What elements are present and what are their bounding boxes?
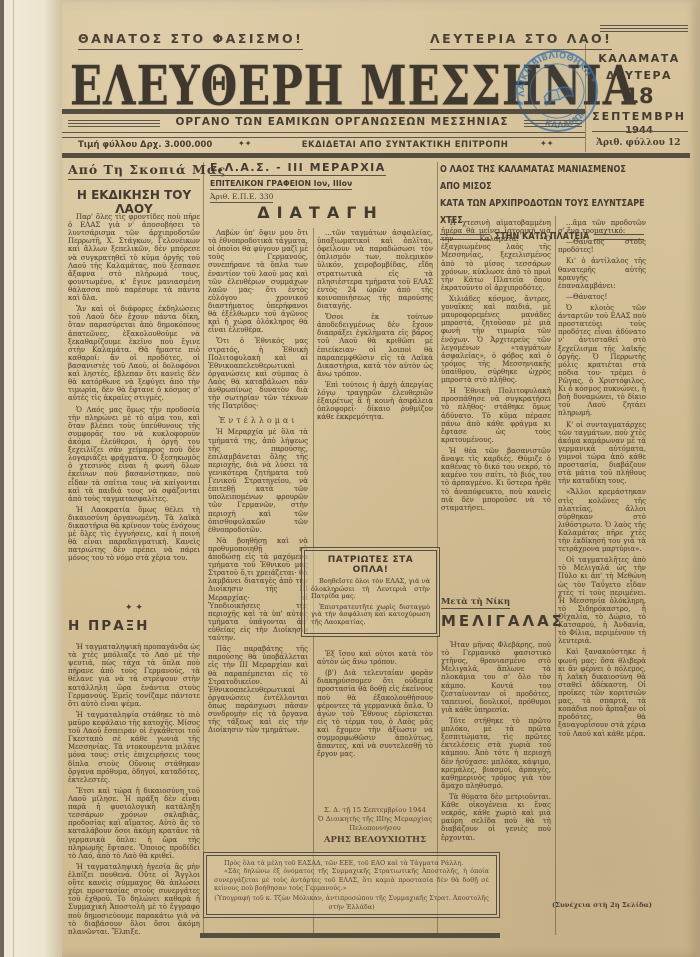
elas-office-text: ΕΠΙΤΕΛΙΚΟΝ ΓΡΑΦΕΙΟΝ Ιον, ΙΙΙον — [210, 179, 352, 190]
allied-mission-body: «Σᾶς δηλώνω ἐξ ὀνόματος τῆς Συμμαχικῆς Σ… — [214, 867, 489, 892]
dateline: ΚΑΛΑΜΑΤΑ ΔΕΥΤΕΡΑ 18 ΣΕΠΤΕΜΒΡΗ 1944 — [590, 52, 688, 136]
elas-office-line: ΕΠΙΤΕΛΙΚΟΝ ΓΡΑΦΕΙΟΝ Ιον, ΙΙΙον — [210, 179, 352, 190]
headline-melligalas: ΜΕΛΙΓΑΛΑΣ — [441, 612, 551, 630]
subtitle-deco-right — [524, 120, 582, 121]
dateline-day: ΔΕΥΤΕΡΑ — [590, 69, 688, 82]
ornament-right: ✦✦ — [540, 139, 553, 148]
subtitle-rule — [62, 132, 585, 138]
dateline-city: ΚΑΛΑΜΑΤΑ — [590, 52, 688, 65]
laos-headline-1: Ο ΛΑΟΣ ΤΗΣ ΚΑΛΑΜΑΤΑΣ ΜΑΝΙΑΣΜΕΝΟΣ ΑΠΟ ΜΙΣ… — [440, 161, 648, 195]
headline-praxi: Η ΠΡΑΞΗ — [68, 618, 200, 634]
subhead-meta-ti-niki: Μετὰ τὴ Νίκη — [441, 597, 510, 609]
continuation-note: (Συνέχεια στὴ 2η Σελίδα) — [552, 901, 652, 909]
issue-rule — [592, 131, 688, 132]
diatagi-body-b2: Ἐξ ἴσου καὶ οὗτοι κατὰ τὸν αὐτὸν ὡς ἄνω … — [317, 650, 433, 802]
patriotes-box-title: ΠΑΤΡΙΩΤΕΣ ΣΤΑ ΟΠΛΑ! — [311, 555, 430, 575]
dateline-divider — [585, 44, 586, 152]
dateline-month: ΣΕΠΤΕΜΒΡΗ — [590, 110, 688, 123]
footer-rule — [200, 935, 500, 938]
diatagi-body-b1: ...τῶν ταγμάτων ἀσφαλείας, ὑπαξιωματικοὶ… — [317, 229, 433, 543]
patriotes-box: ΠΑΤΡΙΩΤΕΣ ΣΤΑ ΟΠΛΑ! Βοηθεῖστε ὅλοι τὸν Ε… — [301, 547, 440, 637]
editorial-label: ΕΚΔΙΔΕΤΑΙ ΑΠΟ ΣΥΝΤΑΚΤΙΚΗ ΕΠΙΤΡΟΠΗ — [290, 140, 520, 150]
headline-ekdikisi: Η ΕΚΔΙΚΗΣΗ ΤΟΥ ΛΑΟΥ — [68, 188, 200, 216]
column-rule-4 — [555, 216, 556, 935]
article-praxi-body: Ἡ ταγματαληψικὴ προπαγάνδα ὡς τὰ χτὲς μπ… — [68, 643, 200, 935]
header-bottom-rule — [62, 155, 690, 158]
laos-body-a1: Ἡ χτεσινὴ αἱματοβαμμένη ἡμέρα θὰ μείνει … — [441, 219, 551, 595]
laos-body-b: ...ἅμα τῶν προδοτῶν σ' ἕνα τρομαχτικό:—Θ… — [558, 219, 646, 897]
patriotes-box-body: Βοηθεῖστε ὅλοι τὸν ΕΛΑΣ, γιὰ νὰ ὁλοκληρώ… — [311, 578, 430, 629]
corner-rules — [600, 25, 688, 26]
signature-region: Πελοποννήσου — [317, 824, 433, 833]
diatagi-body-a2: Ἡ Μεραρχία μὲ ὅλα τὰ τμήματά της, ἀπὸ λή… — [208, 428, 308, 737]
ornament-left: ✦✦ — [238, 139, 251, 148]
signature-block: Σ. Δ. τῇ 15 Σεπτεμβρίου 1944 Ὁ Διοικητὴς… — [317, 806, 433, 846]
kicker-skopia: Από Τη Σκοπιά Μας — [68, 162, 200, 180]
paper-crease — [13, 0, 14, 957]
elas-unit-text: Ε.Λ.Α.Σ. - ΙΙΙ ΜΕΡΑΡΧΙΑ — [210, 161, 386, 176]
slogan-left: ΘΑΝΑΤΟΣ ΣΤΟ ΦΑΣΙΣΜΟ! — [78, 31, 303, 50]
masthead-rule — [62, 111, 585, 114]
article-divider-ornament: ✦ ✦ — [68, 603, 200, 613]
signature-name: ΑΡΗΣ ΒΕΛΟΥΧΙΩΤΗΣ — [317, 835, 433, 846]
allied-mission-signature: (Ὑπογραφὴ τοῦ κ. Τζὼν Μόλικαν, ἀντιπροσώ… — [214, 894, 489, 911]
allied-mission-box: Πρὸς ὅλα τὰ μέλη τοῦ ΕΑΣΑΔ, τῶν ΕΕΕ, τοῦ… — [203, 852, 500, 918]
elas-unit-line: Ε.Λ.Α.Σ. - ΙΙΙ ΜΕΡΑΡΧΙΑ — [210, 161, 386, 176]
diatagi-column-a: Λαβὼν ὑπ' ὄψιν μου ὅτι τὰ ἐθνοπροδοτικὰ … — [208, 229, 308, 935]
subtitle: ΟΡΓΑΝΟ ΤΩΝ ΕΑΜΙΚΩΝ ΟΡΓΑΝΩΣΕΩΝ ΜΕΣΣΗΝΙΑΣ — [162, 116, 522, 128]
subtitle-deco-left — [68, 120, 160, 121]
entellomai-line: Ἐντέλλομαι — [208, 416, 308, 425]
elas-ref-line: Ἀριθ. Ε.Π.Ε. 330 — [210, 192, 273, 203]
diatagi-body-a1: Λαβὼν ὑπ' ὄψιν μου ὅτι τὰ ἐθνοπροδοτικὰ … — [208, 229, 308, 413]
elas-ref-text: Ἀριθ. Ε.Π.Ε. 330 — [210, 192, 273, 203]
headline-diatagi: ΔΙΑΤΑΓΗ — [208, 203, 433, 222]
price-label: Τιμή φύλλου Δρχ. 3.000.000 — [78, 140, 212, 150]
dateline-date: 18 — [590, 84, 688, 108]
column-rule-1 — [203, 162, 204, 935]
signature-place-date: Σ. Δ. τῇ 15 Σεπτεμβρίου 1944 — [317, 806, 433, 815]
signature-role: Ὁ Διοικητὴς τῆς ΙΙΙης Μεραρχίας — [317, 815, 433, 824]
newspaper-scan: { "masthead": { "slogan_left": "ΘΑΝΑΤΟΣ … — [0, 0, 700, 957]
issue-number: Ἀριθ. φύλλου 12 — [596, 138, 681, 148]
article-skopia-body-1: Παρ' ὅλες τὶς φροντίδες ποὺ πῆρε ὁ ΕΛΑΣ … — [68, 213, 200, 603]
